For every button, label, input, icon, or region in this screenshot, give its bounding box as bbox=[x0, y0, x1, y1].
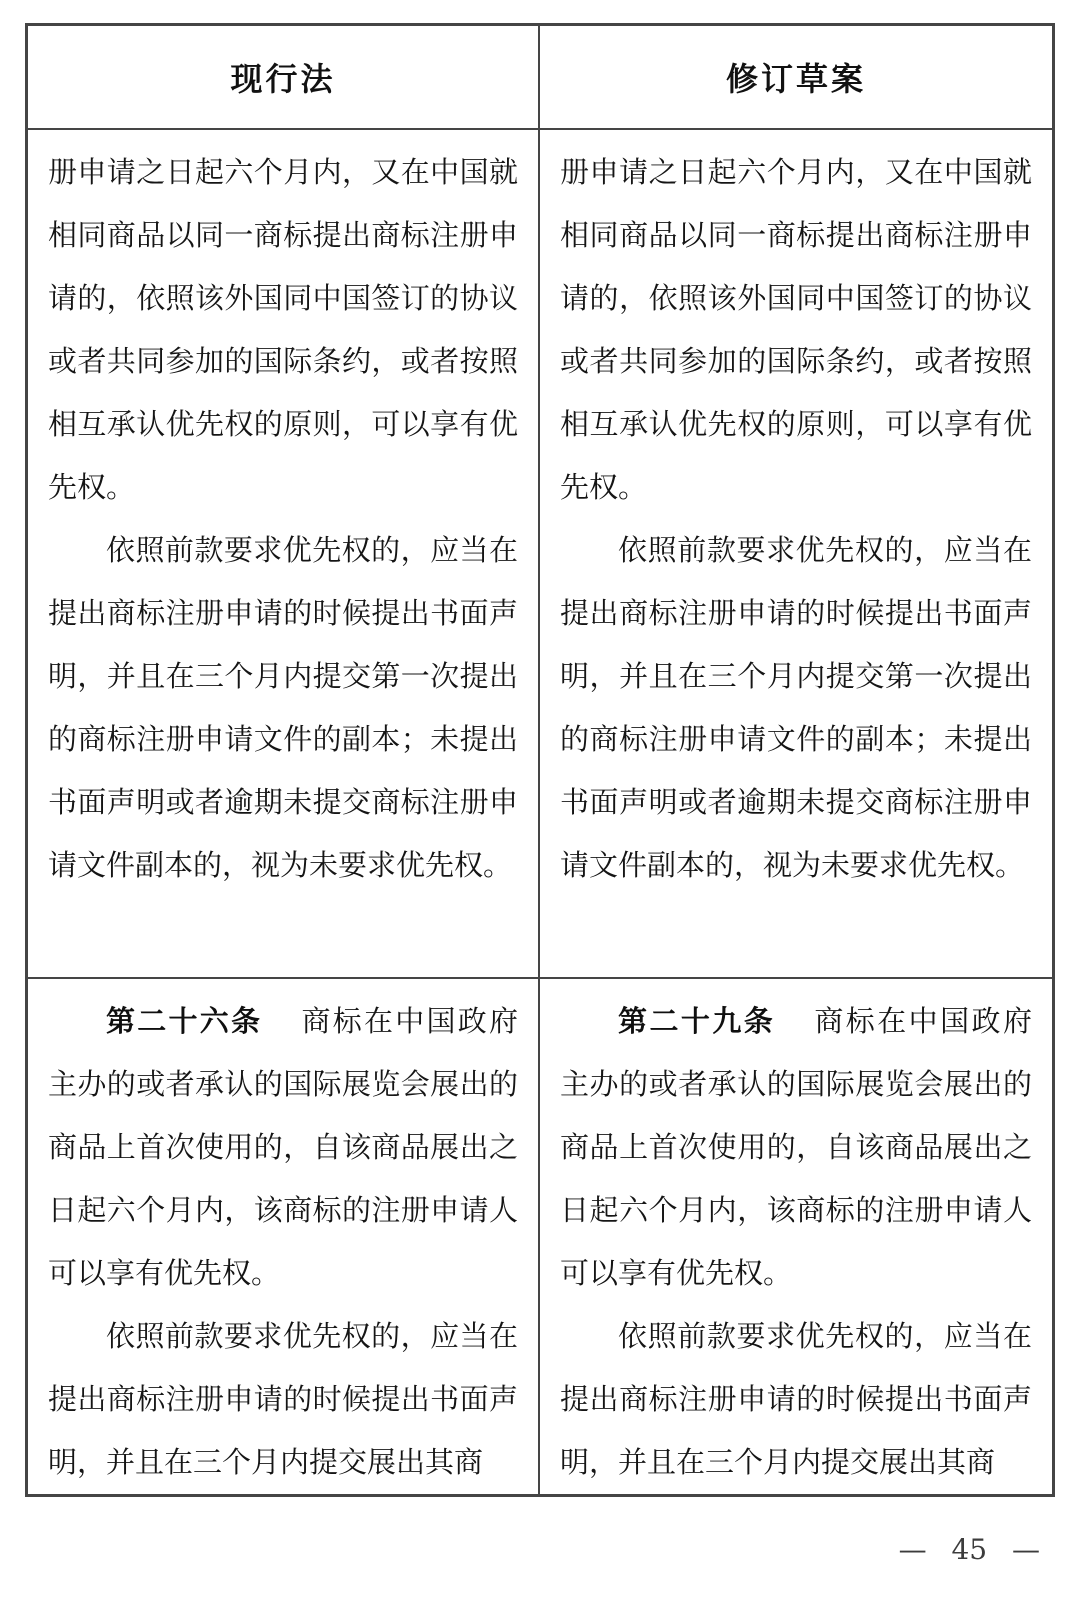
article-paragraph: 第二十六条商标在中国政府主办的或者承认的国际展览会展出的商品上首次使用的，自该商… bbox=[48, 990, 518, 1305]
article-paragraph: 第二十九条商标在中国政府主办的或者承认的国际展览会展出的商品上首次使用的，自该商… bbox=[560, 990, 1032, 1305]
comparison-table: 现行法 修订草案 册申请之日起六个月内，又在中国就相同商品以同一商标提出商标注册… bbox=[25, 23, 1055, 1497]
article-number: 第二十六条 bbox=[106, 1004, 262, 1038]
paragraph: 册申请之日起六个月内，又在中国就相同商品以同一商标提出商标注册申请的，依照该外国… bbox=[48, 141, 518, 519]
cell-revision-draft-row2: 第二十九条商标在中国政府主办的或者承认的国际展览会展出的商品上首次使用的，自该商… bbox=[540, 979, 1052, 1494]
paragraph: 册申请之日起六个月内，又在中国就相同商品以同一商标提出商标注册申请的，依照该外国… bbox=[560, 141, 1032, 519]
paragraph: 依照前款要求优先权的，应当在提出商标注册申请的时候提出书面声明，并且在三个月内提… bbox=[560, 1305, 1032, 1494]
cell-current-law-row2: 第二十六条商标在中国政府主办的或者承认的国际展览会展出的商品上首次使用的，自该商… bbox=[28, 979, 540, 1494]
page-number: — 45 — bbox=[899, 1532, 1040, 1568]
paragraph: 依照前款要求优先权的，应当在提出商标注册申请的时候提出书面声明，并且在三个月内提… bbox=[48, 519, 518, 897]
header-cell-revision-draft: 修订草案 bbox=[540, 26, 1052, 130]
cell-revision-draft-row1: 册申请之日起六个月内，又在中国就相同商品以同一商标提出商标注册申请的，依照该外国… bbox=[540, 130, 1052, 979]
header-label-current-law: 现行法 bbox=[230, 54, 335, 100]
header-cell-current-law: 现行法 bbox=[28, 26, 540, 130]
document-page: 现行法 修订草案 册申请之日起六个月内，又在中国就相同商品以同一商标提出商标注册… bbox=[0, 0, 1080, 1597]
paragraph: 依照前款要求优先权的，应当在提出商标注册申请的时候提出书面声明，并且在三个月内提… bbox=[560, 519, 1032, 897]
header-label-revision-draft: 修订草案 bbox=[726, 54, 866, 100]
cell-current-law-row1: 册申请之日起六个月内，又在中国就相同商品以同一商标提出商标注册申请的，依照该外国… bbox=[28, 130, 540, 979]
article-number: 第二十九条 bbox=[618, 1004, 775, 1038]
paragraph: 依照前款要求优先权的，应当在提出商标注册申请的时候提出书面声明，并且在三个月内提… bbox=[48, 1305, 518, 1494]
